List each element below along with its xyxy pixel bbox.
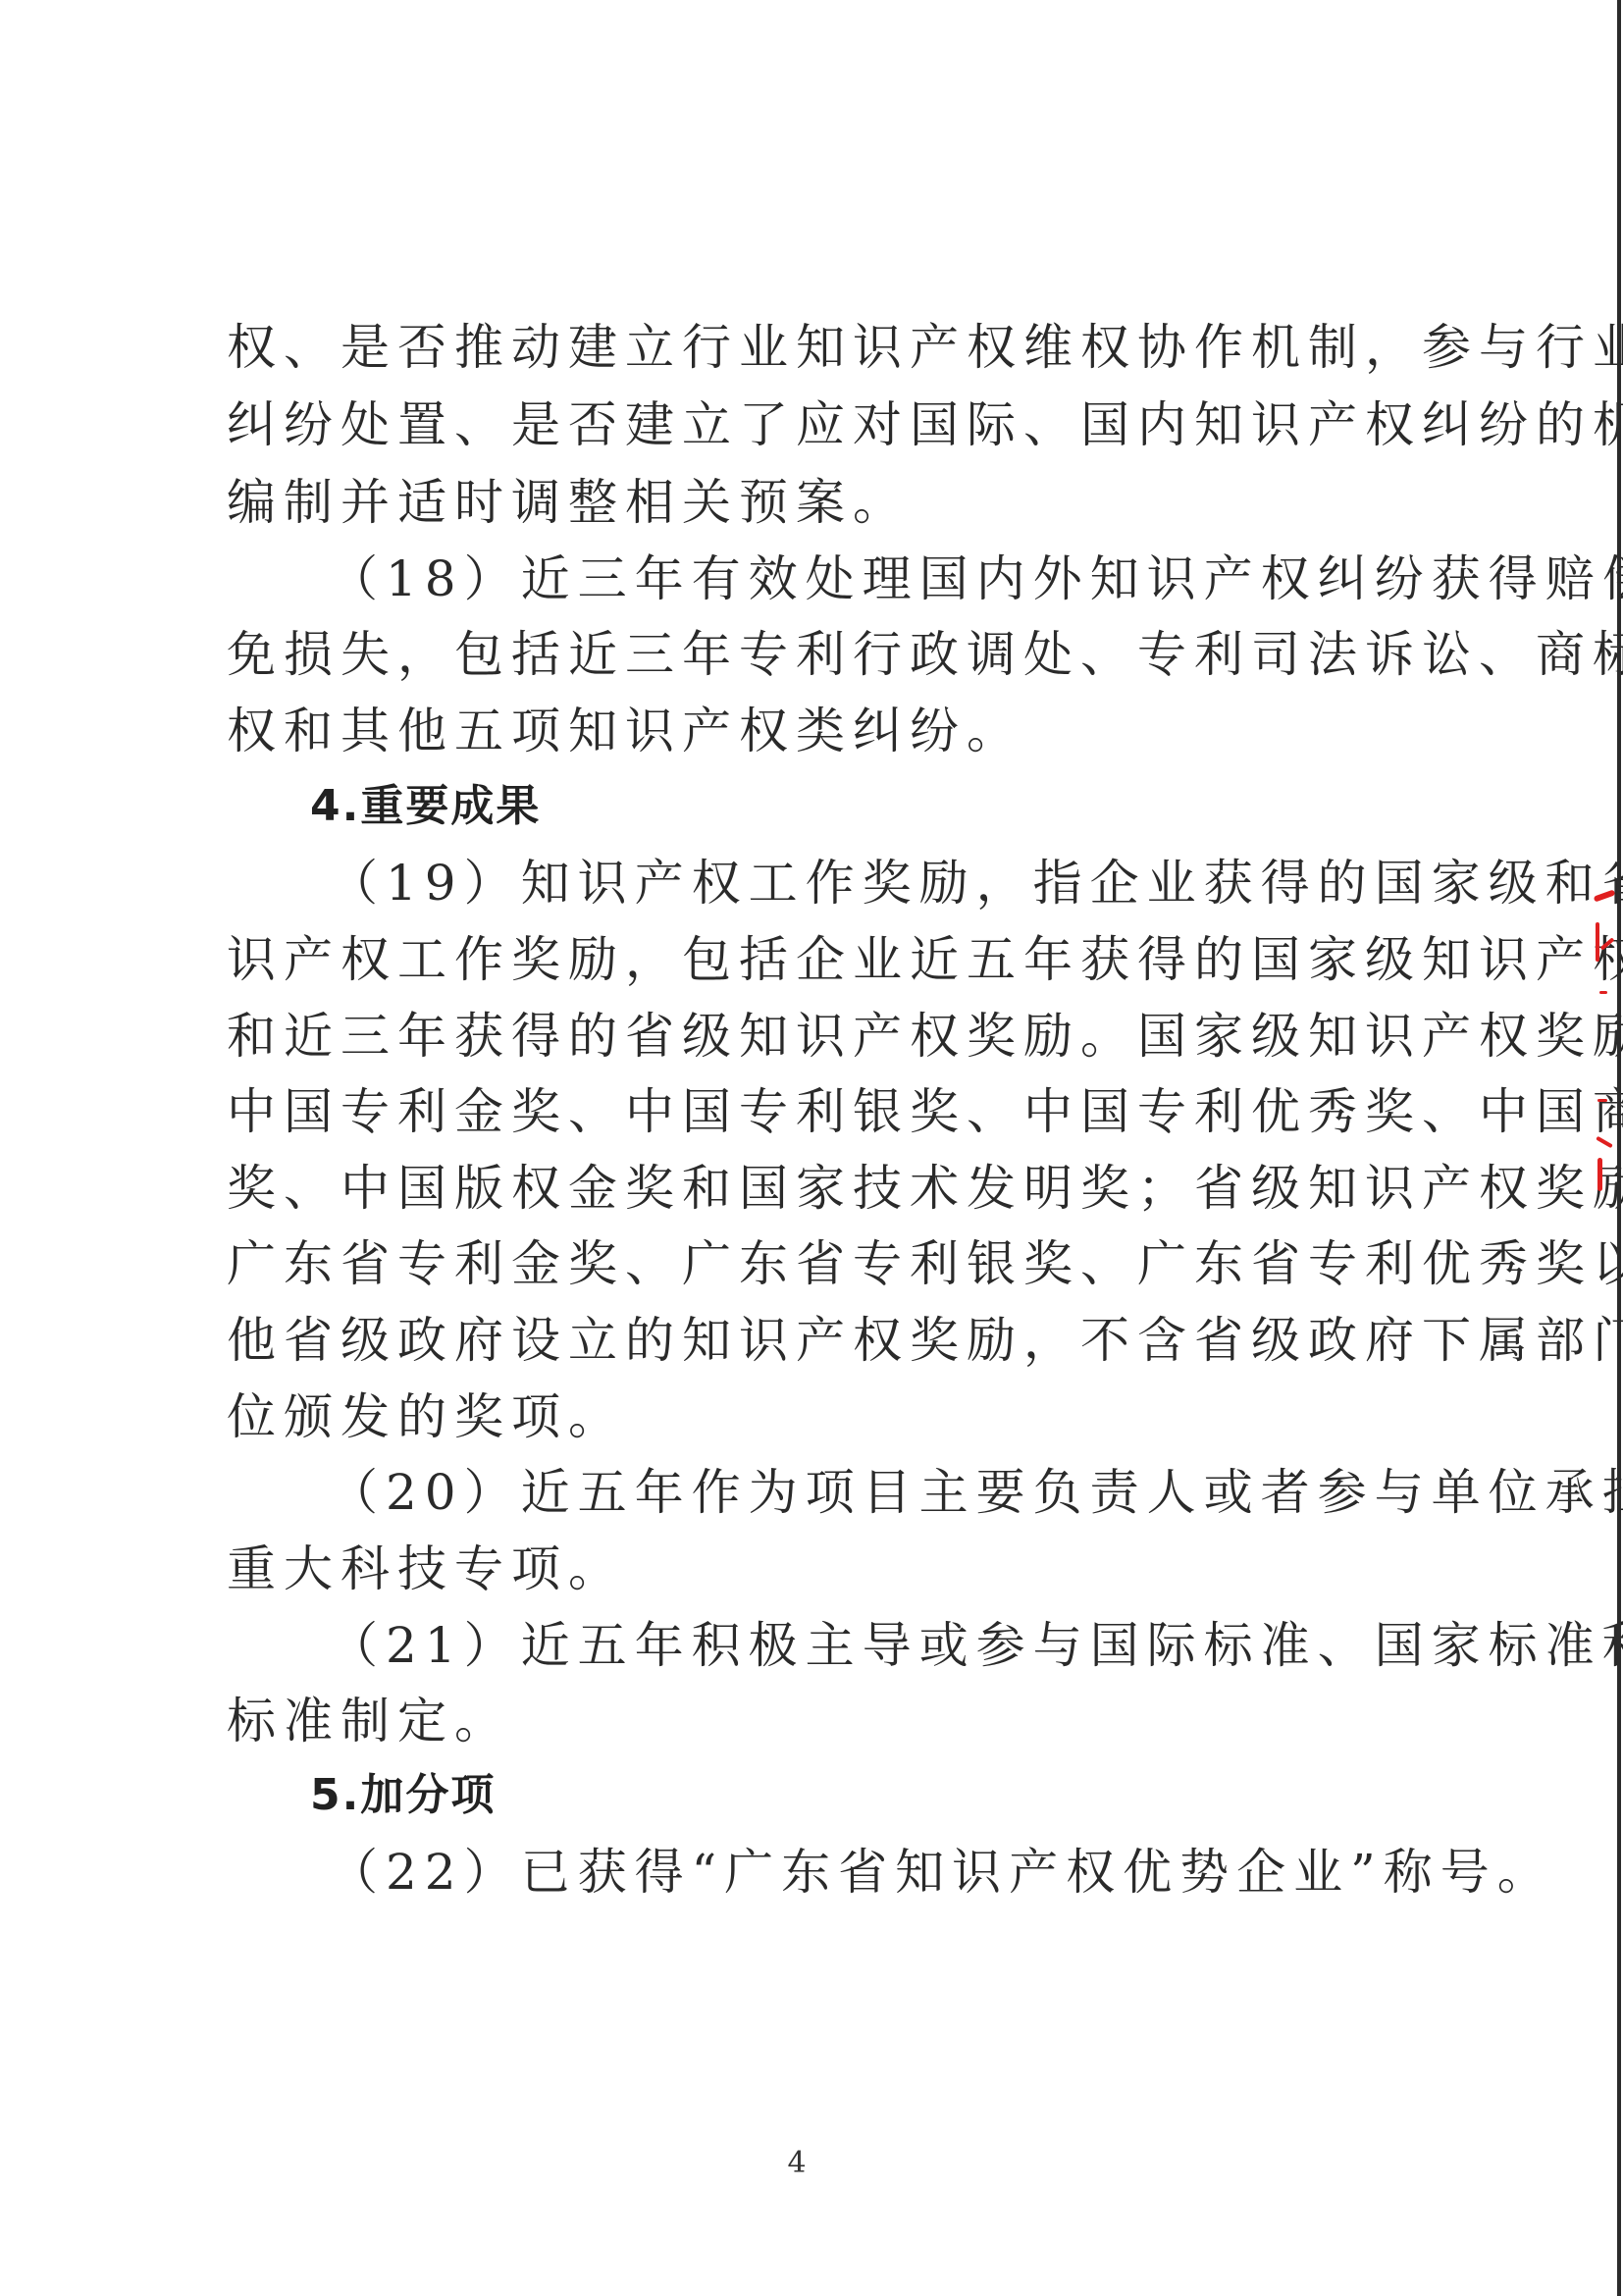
paragraph-18-line-3: 权和其他五项知识产权类纠纷。: [227, 693, 1375, 769]
paragraph-21-line-2: 标准制定。: [227, 1683, 1375, 1759]
scan-edge-border: [1617, 0, 1621, 2296]
document-page: 权、是否推动建立行业知识产权维权协作机制，参与行业专利 纠纷处置、是否建立了应对…: [0, 0, 1623, 2296]
red-seal-fragment-icon: [1590, 883, 1617, 1197]
paragraph-17-line-3: 编制并适时调整相关预案。: [227, 464, 1375, 541]
paragraph-19-line-4: 中国专利金奖、中国专利银奖、中国专利优秀奖、中国商标金: [227, 1073, 1375, 1150]
paragraph-19-line-7: 他省级政府设立的知识产权奖励，不含省级政府下属部门或单: [227, 1302, 1375, 1379]
paragraph-17-line-1: 权、是否推动建立行业知识产权维权协作机制，参与行业专利: [227, 309, 1375, 386]
paragraph-19-line-6: 广东省专利金奖、广东省专利银奖、广东省专利优秀奖以及其: [227, 1226, 1375, 1302]
paragraph-19-line-3: 和近三年获得的省级知识产权奖励。国家级知识产权奖励包括: [227, 998, 1375, 1074]
paragraph-19-line-5: 奖、中国版权金奖和国家技术发明奖；省级知识产权奖励包含: [227, 1150, 1375, 1226]
paragraph-18-line-2: 免损失，包括近三年专利行政调处、专利司法诉讼、商标、版: [227, 616, 1375, 693]
paragraph-20-line-1: （20）近五年作为项目主要负责人或者参与单位承担国家: [329, 1454, 1477, 1531]
page-number: 4: [785, 2139, 809, 2188]
paragraph-17-line-2: 纠纷处置、是否建立了应对国际、国内知识产权纠纷的机制，: [227, 387, 1375, 463]
paragraph-22-line-1: （22）已获得“广东省知识产权优势企业”称号。: [329, 1834, 1477, 1910]
paragraph-21-line-1: （21）近五年积极主导或参与国际标准、国家标准和行业: [329, 1607, 1477, 1684]
paragraph-19-line-2: 识产权工作奖励，包括企业近五年获得的国家级知识产权奖励: [227, 921, 1375, 998]
paragraph-19-line-1: （19）知识产权工作奖励，指企业获得的国家级和省级知: [329, 845, 1477, 921]
section-heading-important-results: 4.重要成果: [310, 768, 541, 845]
paragraph-19-line-8: 位颁发的奖项。: [227, 1379, 1375, 1455]
paragraph-20-line-2: 重大科技专项。: [227, 1531, 1375, 1607]
paragraph-18-line-1: （18）近三年有效处理国内外知识产权纠纷获得赔偿或避: [329, 541, 1477, 617]
section-heading-bonus-items: 5.加分项: [310, 1757, 496, 1834]
